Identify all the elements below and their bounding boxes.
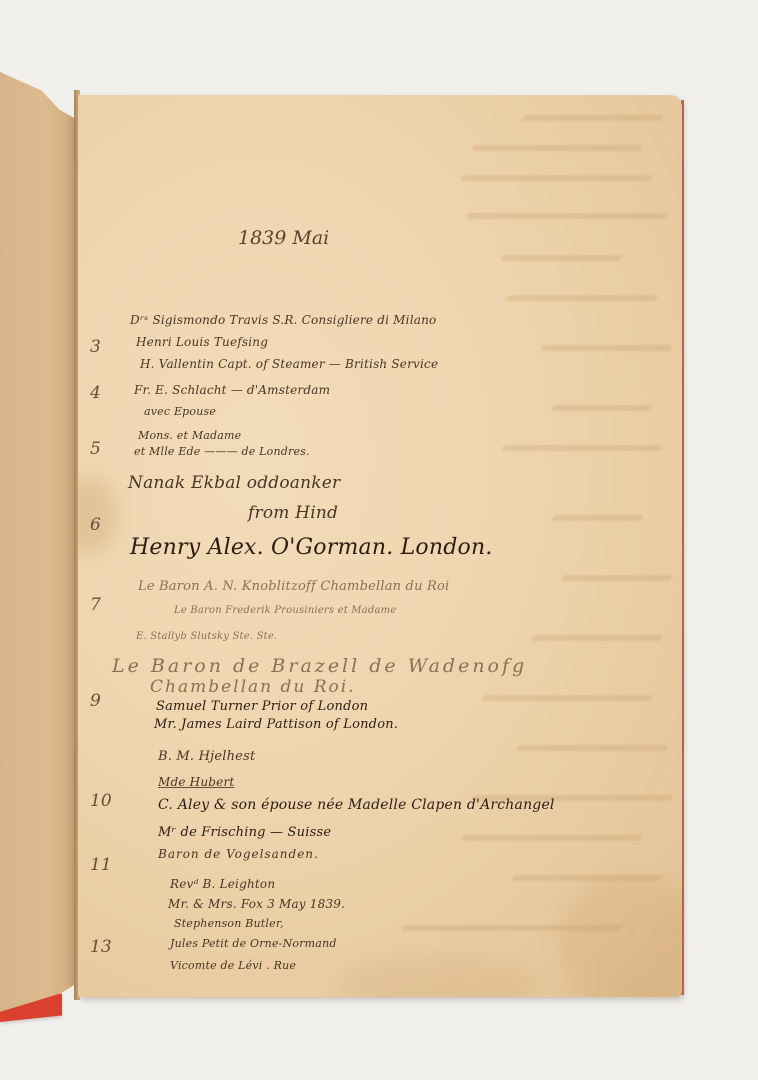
register-entry: Stephenson Butler, bbox=[174, 917, 284, 930]
margin-day-number: 11 bbox=[90, 855, 112, 875]
register-entry: E. Stallyb Slutsky Ste. Ste. bbox=[136, 631, 277, 642]
register-entry: Jules Petit de Orne-Normand bbox=[170, 937, 337, 950]
register-entry: Mʳ de Frisching — Suisse bbox=[158, 825, 331, 840]
register-entry: Le Baron de Brazell de Wadenofg bbox=[112, 655, 527, 677]
register-entry: Nanak Ekbal oddoanker bbox=[128, 473, 340, 493]
register-entry: Mons. et Madame bbox=[138, 429, 241, 442]
register-entry: from Hind bbox=[248, 503, 338, 523]
register-entry: H. Vallentin Capt. of Steamer — British … bbox=[140, 357, 438, 371]
register-entry: Baron de Vogelsanden. bbox=[158, 847, 319, 861]
register-entry: Henry Alex. O'Gorman. London. bbox=[130, 535, 493, 560]
register-entry: Samuel Turner Prior of London bbox=[156, 699, 368, 714]
register-entry: Dʳˢ Sigismondo Travis S.R. Consigliere d… bbox=[130, 313, 436, 327]
margin-day-number: 13 bbox=[90, 937, 112, 957]
register-entry: Le Baron A. N. Knoblitzoff Chambellan du… bbox=[138, 579, 449, 594]
register-entry: C. Aley & son épouse née Madelle Clapen … bbox=[158, 797, 555, 813]
register-entry: Mr. & Mrs. Fox 3 May 1839. bbox=[168, 897, 345, 911]
register-entry: Mde Hubert bbox=[158, 775, 234, 789]
register-entry: Chambellan du Roi. bbox=[150, 677, 356, 697]
photo-scene: 1839 Mai 3 4 5 6 7 9 10 11 13 Dʳˢ Sigism… bbox=[0, 0, 758, 1080]
margin-day-number: 4 bbox=[90, 383, 101, 403]
foxing-stain bbox=[338, 955, 538, 997]
foxing-stain bbox=[558, 875, 682, 997]
register-entry: et Mlle Ede ——— de Londres. bbox=[134, 445, 310, 458]
margin-day-number: 6 bbox=[90, 515, 101, 535]
register-entry: avec Epouse bbox=[144, 405, 216, 418]
margin-day-number: 5 bbox=[90, 439, 101, 459]
manuscript-page: 1839 Mai 3 4 5 6 7 9 10 11 13 Dʳˢ Sigism… bbox=[78, 95, 682, 997]
margin-day-number: 7 bbox=[90, 595, 101, 615]
register-entry: Vicomte de Lévi . Rue bbox=[170, 959, 296, 972]
register-entry: Henri Louis Tuefsing bbox=[136, 335, 268, 349]
margin-day-number: 10 bbox=[90, 791, 112, 811]
page-heading-date: 1839 Mai bbox=[238, 227, 329, 249]
register-entry: Le Baron Frederik Prousiniers et Madame bbox=[174, 605, 396, 616]
margin-day-number: 9 bbox=[90, 691, 101, 711]
left-page-leaf bbox=[0, 72, 76, 1012]
register-entry: Fr. E. Schlacht — d'Amsterdam bbox=[134, 383, 330, 397]
register-entry: Revᵈ B. Leighton bbox=[170, 877, 275, 891]
register-entry: Mr. James Laird Pattison of London. bbox=[154, 717, 398, 732]
margin-day-number: 3 bbox=[90, 337, 101, 357]
register-entry: B. M. Hjelhest bbox=[158, 749, 255, 764]
